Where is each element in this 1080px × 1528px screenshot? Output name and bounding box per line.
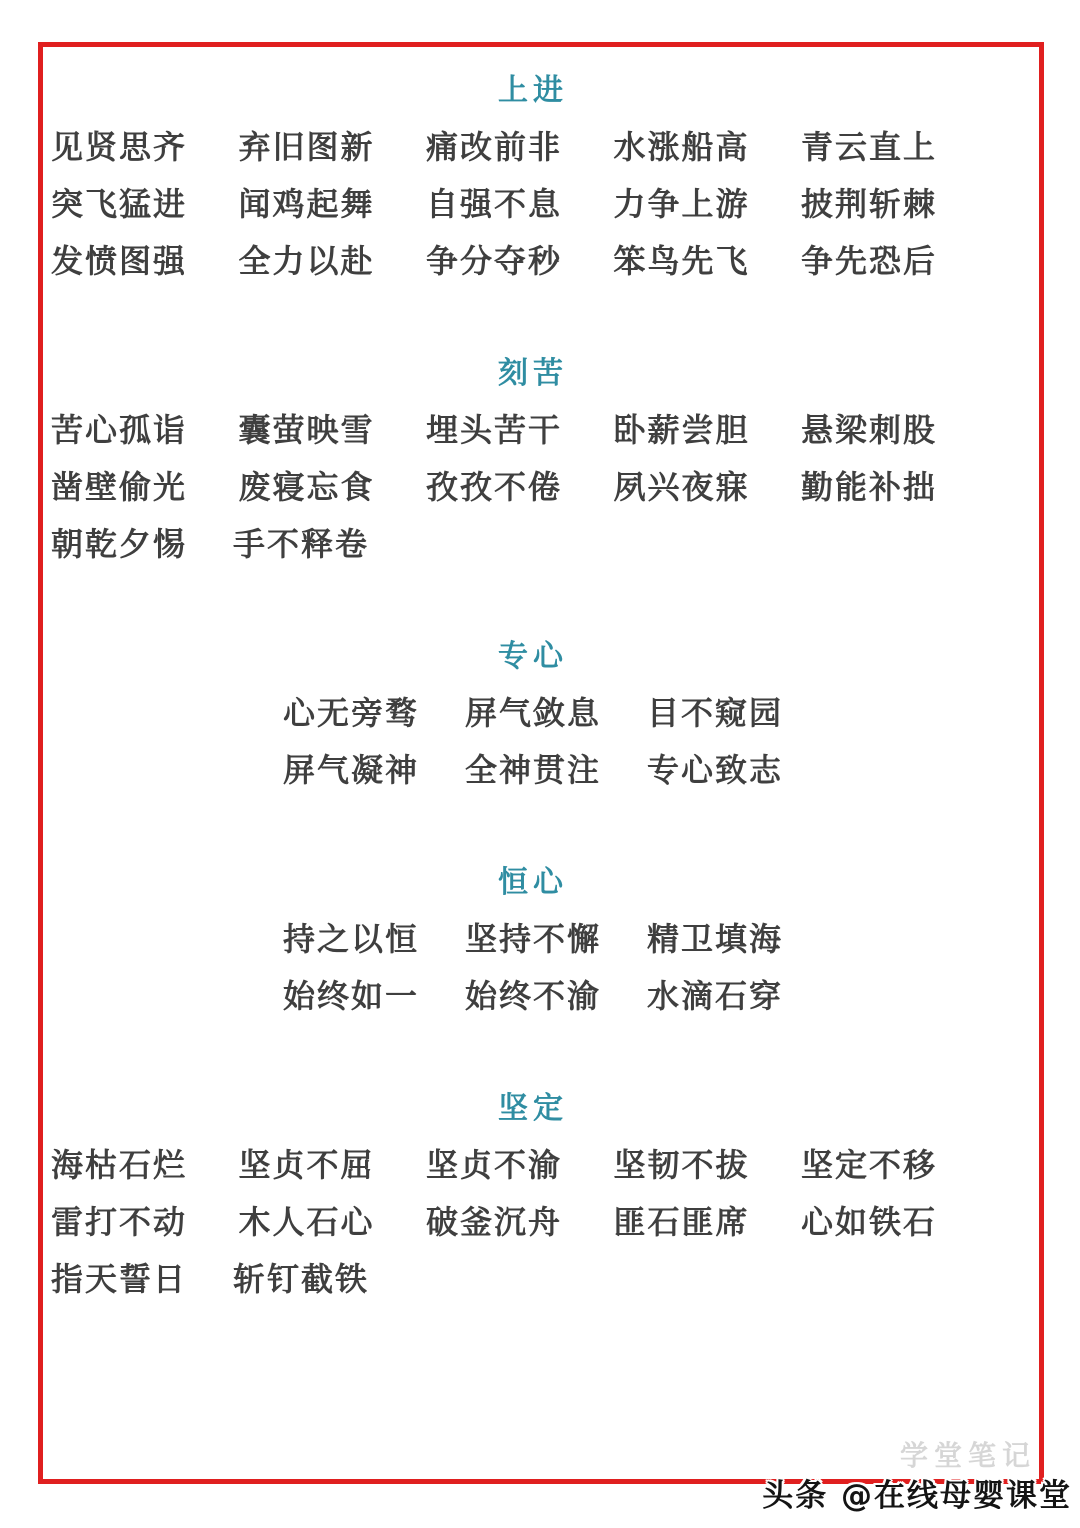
idiom-row: 持之以恒坚持不懈精卫填海 (51, 911, 1015, 968)
idiom: 匪石匪席 (613, 1194, 749, 1251)
idiom: 持之以恒 (283, 911, 419, 968)
idiom: 屏气凝神 (283, 742, 419, 799)
idiom: 力争上游 (613, 176, 749, 233)
idiom: 指天誓日 (51, 1251, 187, 1308)
idiom: 始终不渝 (465, 968, 601, 1025)
idiom-row: 突飞猛进闻鸡起舞自强不息力争上游披荆斩棘 (51, 176, 937, 233)
idiom: 斩钉截铁 (233, 1251, 369, 1308)
idiom: 凿壁偷光 (51, 459, 187, 516)
idiom: 争分夺秒 (426, 233, 562, 290)
idiom: 心无旁骛 (283, 685, 419, 742)
idiom: 苦心孤诣 (51, 402, 187, 459)
idiom: 木人石心 (238, 1194, 374, 1251)
idiom-row: 苦心孤诣囊萤映雪埋头苦干卧薪尝胆悬梁刺股 (51, 402, 937, 459)
idiom-row: 屏气凝神全神贯注专心致志 (51, 742, 1015, 799)
idiom: 夙兴夜寐 (613, 459, 749, 516)
red-border-frame: 上进见贤思齐弃旧图新痛改前非水涨船高青云直上突飞猛进闻鸡起舞自强不息力争上游披荆… (38, 42, 1044, 1484)
idiom: 孜孜不倦 (426, 459, 562, 516)
idiom: 卧薪尝胆 (613, 402, 749, 459)
section-title: 专心 (51, 628, 1015, 685)
idiom: 囊萤映雪 (238, 402, 374, 459)
idiom: 坚定不移 (801, 1137, 937, 1194)
idiom: 勤能补拙 (801, 459, 937, 516)
idiom: 自强不息 (426, 176, 562, 233)
idiom: 争先恐后 (801, 233, 937, 290)
section-title: 上进 (51, 62, 1015, 119)
idiom: 坚持不懈 (465, 911, 601, 968)
idiom: 坚韧不拔 (613, 1137, 749, 1194)
idiom-row: 心无旁骛屏气敛息目不窥园 (51, 685, 1015, 742)
idiom: 朝乾夕惕 (51, 516, 187, 573)
idiom-section: 恒心持之以恒坚持不懈精卫填海始终如一始终不渝水滴石穿 (51, 854, 1015, 1025)
idiom: 埋头苦干 (426, 402, 562, 459)
idiom: 水滴石穿 (647, 968, 783, 1025)
ghost-watermark: 学堂笔记 (900, 1434, 1036, 1474)
idiom: 坚贞不屈 (238, 1137, 374, 1194)
idiom-row: 见贤思齐弃旧图新痛改前非水涨船高青云直上 (51, 119, 937, 176)
idiom: 精卫填海 (647, 911, 783, 968)
idiom: 全神贯注 (465, 742, 601, 799)
section-title: 恒心 (51, 854, 1015, 911)
idiom: 破釜沉舟 (426, 1194, 562, 1251)
idiom-section: 刻苦苦心孤诣囊萤映雪埋头苦干卧薪尝胆悬梁刺股凿壁偷光废寝忘食孜孜不倦夙兴夜寐勤能… (51, 345, 1015, 573)
idiom: 笨鸟先飞 (613, 233, 749, 290)
section-title: 坚定 (51, 1080, 1015, 1137)
idiom: 海枯石烂 (51, 1137, 187, 1194)
idiom-section: 坚定海枯石烂坚贞不屈坚贞不渝坚韧不拔坚定不移雷打不动木人石心破釜沉舟匪石匪席心如… (51, 1080, 1015, 1308)
idiom-section: 上进见贤思齐弃旧图新痛改前非水涨船高青云直上突飞猛进闻鸡起舞自强不息力争上游披荆… (51, 62, 1015, 290)
idiom: 见贤思齐 (51, 119, 187, 176)
idiom: 坚贞不渝 (426, 1137, 562, 1194)
idiom-row: 发愤图强全力以赴争分夺秒笨鸟先飞争先恐后 (51, 233, 937, 290)
section-title: 刻苦 (51, 345, 1015, 402)
watermark-text: 头条 @在线母婴课堂 (762, 1470, 1072, 1515)
idiom-row: 朝乾夕惕手不释卷 (51, 516, 1015, 573)
idiom: 手不释卷 (233, 516, 369, 573)
idiom: 披荆斩棘 (801, 176, 937, 233)
idiom: 始终如一 (283, 968, 419, 1025)
idiom-row: 始终如一始终不渝水滴石穿 (51, 968, 1015, 1025)
idiom-row: 凿壁偷光废寝忘食孜孜不倦夙兴夜寐勤能补拙 (51, 459, 937, 516)
sections: 上进见贤思齐弃旧图新痛改前非水涨船高青云直上突飞猛进闻鸡起舞自强不息力争上游披荆… (43, 47, 1039, 1308)
idiom-row: 指天誓日斩钉截铁 (51, 1251, 1015, 1308)
idiom: 痛改前非 (426, 119, 562, 176)
idiom: 废寝忘食 (238, 459, 374, 516)
idiom: 青云直上 (801, 119, 937, 176)
idiom: 弃旧图新 (238, 119, 374, 176)
idiom: 目不窥园 (647, 685, 783, 742)
idiom: 雷打不动 (51, 1194, 187, 1251)
idiom: 全力以赴 (238, 233, 374, 290)
idiom: 突飞猛进 (51, 176, 187, 233)
idiom-section: 专心心无旁骛屏气敛息目不窥园屏气凝神全神贯注专心致志 (51, 628, 1015, 799)
idiom: 屏气敛息 (465, 685, 601, 742)
idiom: 专心致志 (647, 742, 783, 799)
idiom: 心如铁石 (801, 1194, 937, 1251)
idiom-row: 雷打不动木人石心破釜沉舟匪石匪席心如铁石 (51, 1194, 937, 1251)
idiom: 发愤图强 (51, 233, 187, 290)
idiom: 闻鸡起舞 (238, 176, 374, 233)
page: 上进见贤思齐弃旧图新痛改前非水涨船高青云直上突飞猛进闻鸡起舞自强不息力争上游披荆… (0, 0, 1080, 1528)
idiom: 水涨船高 (613, 119, 749, 176)
idiom-row: 海枯石烂坚贞不屈坚贞不渝坚韧不拔坚定不移 (51, 1137, 937, 1194)
idiom: 悬梁刺股 (801, 402, 937, 459)
